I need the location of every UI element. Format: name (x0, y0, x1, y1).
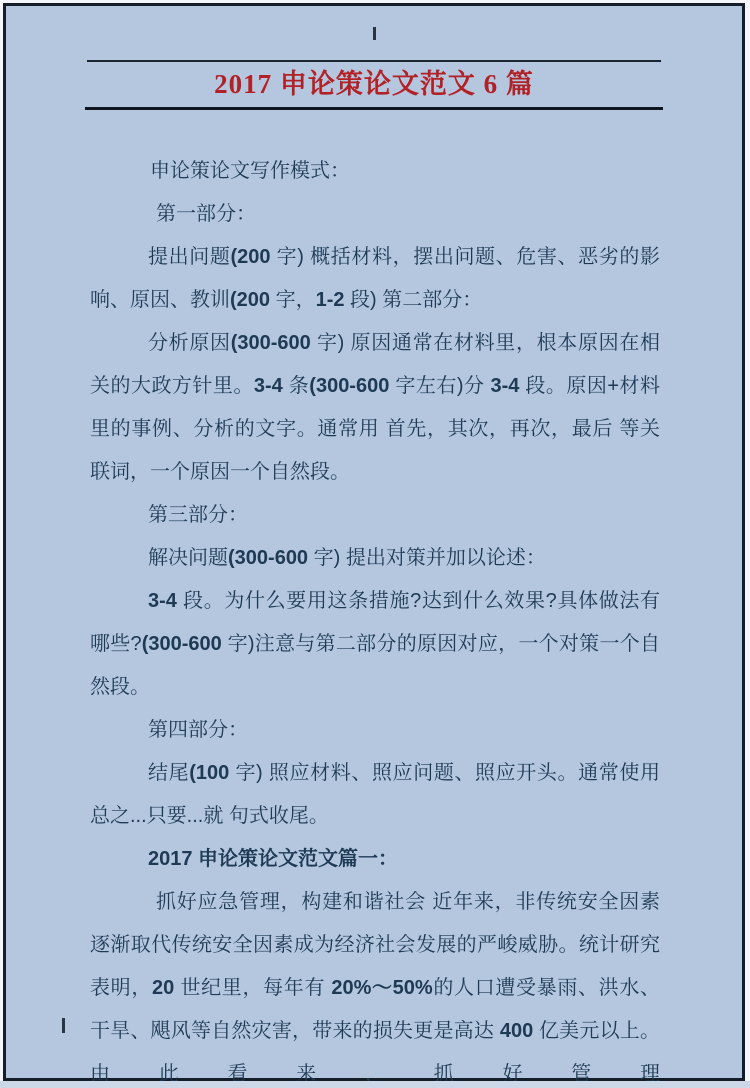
document-page: 2017 申论策论文范文 6 篇 申论策论文写作模式：第一部分：提出问题(200… (3, 3, 745, 1081)
paragraph: 解决问题(300-600 字) 提出对策并加以论述： (90, 537, 660, 580)
paragraph: 第三部分： (90, 494, 660, 537)
paragraph: 分析原因(300-600 字) 原因通常在材料里，根本原因在相关的大政方针里。3… (90, 322, 660, 494)
numeric-text: (300-600 (231, 332, 311, 354)
paragraph: 3-4 段。为什么要用这条措施?达到什么效果?具体做法有哪些?(300-600 … (90, 580, 660, 709)
numeric-text: (300-600 (309, 375, 389, 397)
numeric-text: 3-4 (490, 375, 519, 397)
numeric-text: 2017 (148, 848, 193, 870)
document-title: 2017 申论策论文范文 6 篇 (6, 62, 742, 107)
numeric-text: 400 (500, 1020, 533, 1042)
paragraph: 2017 申论策论文范文篇一： (90, 838, 660, 881)
title-rule-bottom (85, 107, 663, 110)
document-header: 2017 申论策论文范文 6 篇 (6, 60, 742, 110)
cursor-mark-bottom (62, 1018, 65, 1033)
numeric-text: (200 (230, 246, 270, 268)
paragraph: 第四部分： (90, 709, 660, 752)
numeric-text: 3-4 (148, 590, 177, 612)
numeric-text: (200 (230, 289, 270, 311)
numeric-text: 20 (152, 977, 174, 999)
document-viewport: 2017 申论策论文范文 6 篇 申论策论文写作模式：第一部分：提出问题(200… (0, 0, 750, 1088)
numeric-text: 3-4 (254, 375, 283, 397)
document-body: 申论策论文写作模式：第一部分：提出问题(200 字) 概括材料，摆出问题、危害、… (90, 150, 660, 1088)
page-edge-strip (0, 1081, 750, 1088)
paragraph: 抓好应急管理，构建和谐社会 近年来，非传统安全因素逐渐取代传统安全因素成为经济社… (90, 881, 660, 1088)
cursor-mark-top (373, 27, 376, 40)
paragraph: 结尾(100 字) 照应材料、照应问题、照应开头。通常使用 总之...只要...… (90, 752, 660, 838)
numeric-text: 20%～50% (331, 977, 432, 999)
numeric-text: (100 (189, 762, 229, 784)
paragraph: 申论策论文写作模式： (90, 150, 660, 193)
paragraph: 提出问题(200 字) 概括材料，摆出问题、危害、恶劣的影响、原因、教训(200… (90, 236, 660, 322)
numeric-text: (300-600 (142, 633, 222, 655)
numeric-text: (300-600 (228, 547, 308, 569)
paragraph: 第一部分： (90, 193, 660, 236)
numeric-text: 1-2 (316, 289, 345, 311)
